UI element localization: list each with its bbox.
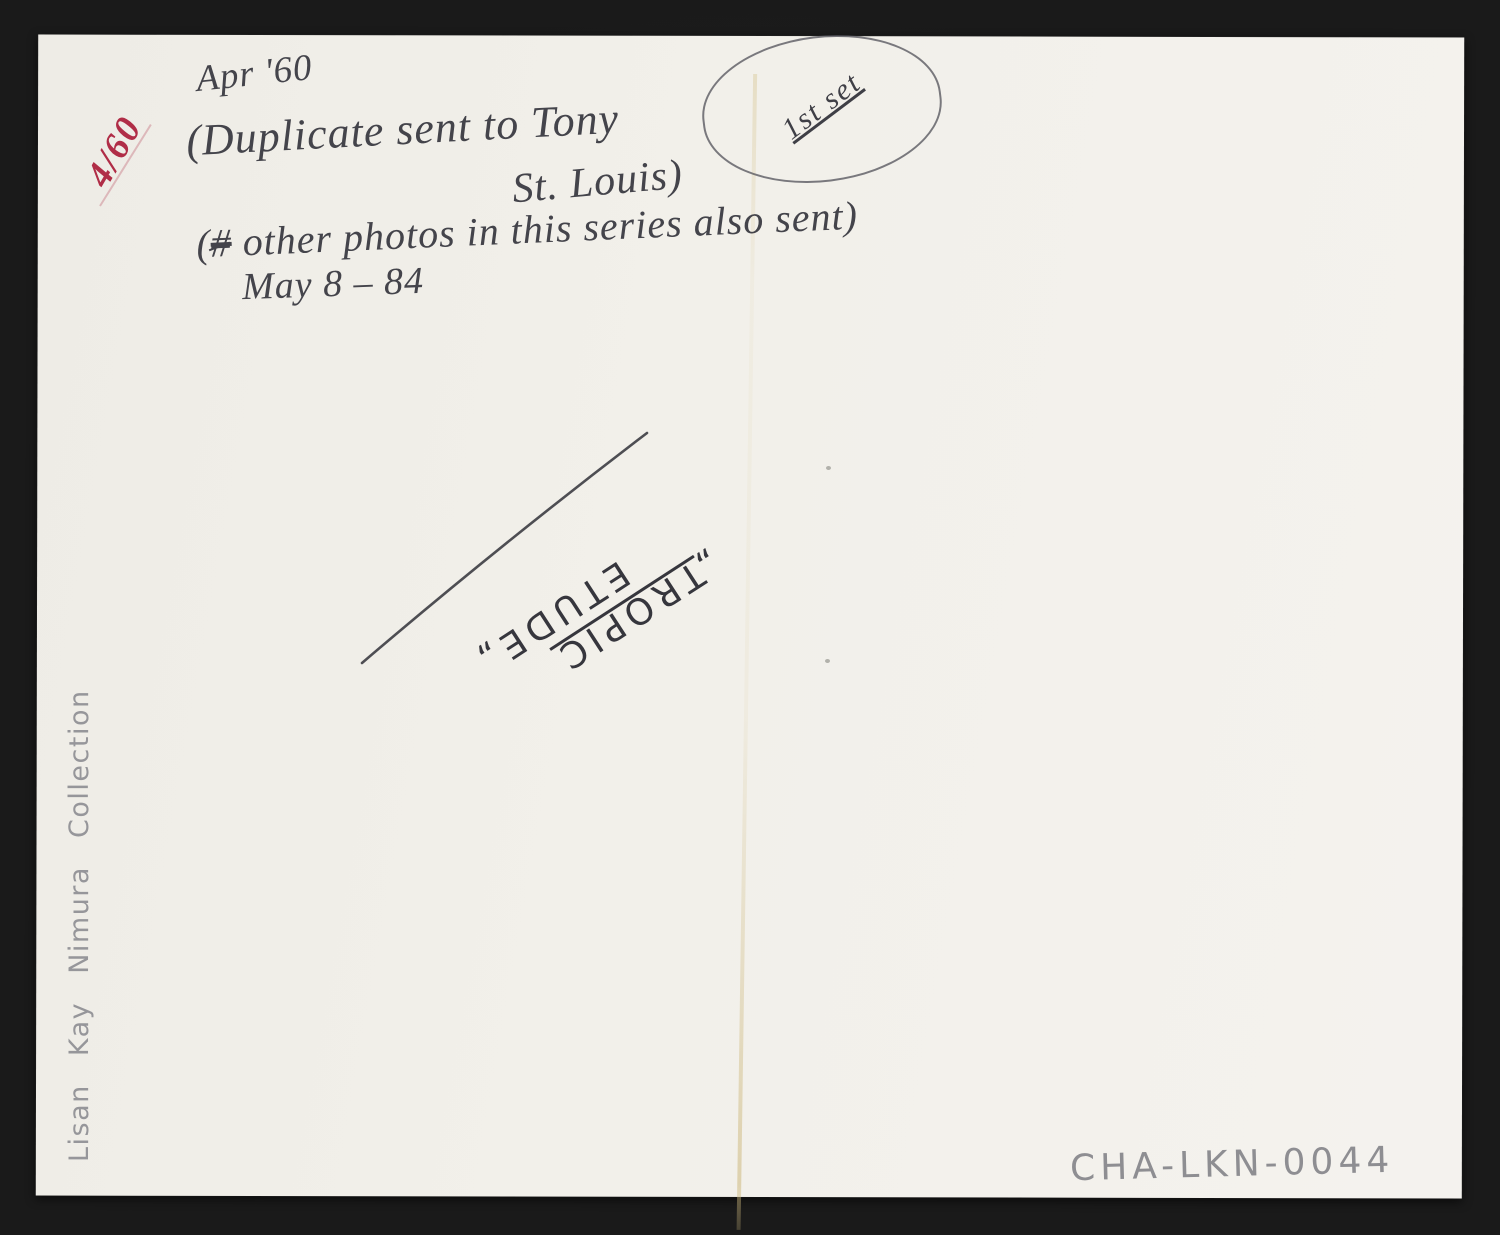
scanned-photo-back: { "page": { "background_color": "#1a1a1a… — [0, 0, 1500, 1235]
catalog-number: CHA-LKN-0044 — [1070, 1140, 1395, 1189]
diagonal-stroke-line — [0, 0, 1500, 1235]
collection-credit: Lisan Kay Nimura Collection — [64, 689, 95, 1162]
stray-pencil-dot — [826, 466, 831, 470]
stray-pencil-dot — [825, 659, 830, 663]
